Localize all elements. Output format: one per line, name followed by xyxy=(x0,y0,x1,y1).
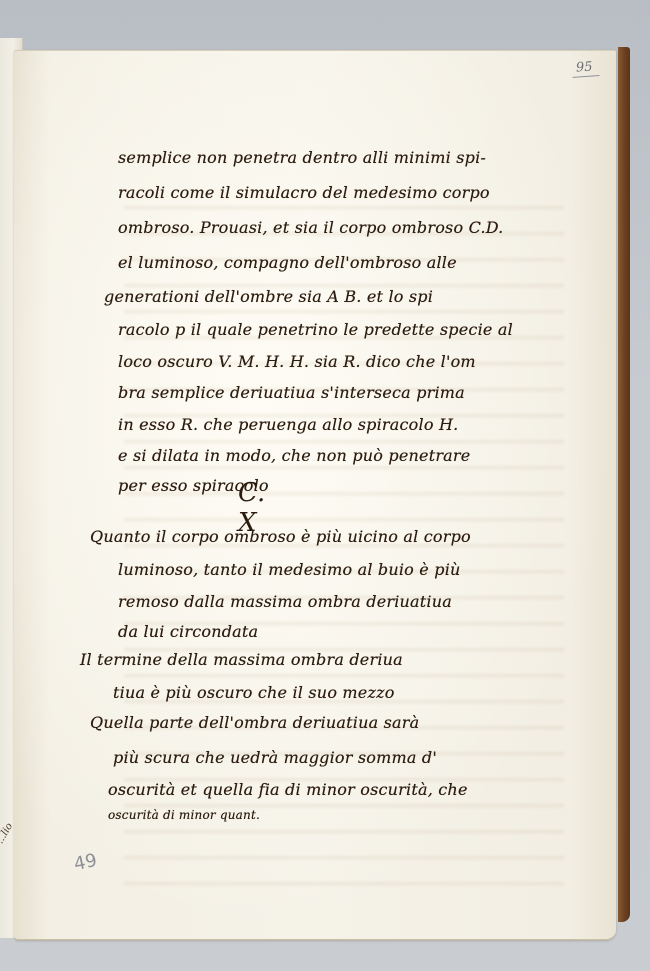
text-line: semplice non penetra dentro alli minimi … xyxy=(118,148,486,167)
text-line: Quella parte dell'ombra deriuatiua sarà xyxy=(90,713,419,732)
text-line: in esso R. che peruenga allo spiracolo H… xyxy=(118,415,458,434)
text-line: racolo p il quale penetrino le predette … xyxy=(118,320,513,339)
text-line: Quanto il corpo ombroso è più uicino al … xyxy=(90,527,471,546)
text-line: e si dilata in modo, che non può penetra… xyxy=(118,446,470,465)
text-line: ombroso. Prouasi, et sia il corpo ombros… xyxy=(118,218,503,237)
text-line: remoso dalla massima ombra deriuatiua xyxy=(118,592,452,611)
text-line: bra semplice deriuatiua s'interseca prim… xyxy=(118,383,465,402)
text-line: tiua è più oscuro che il suo mezzo xyxy=(113,683,395,702)
text-line: generationi dell'ombre sia A B. et lo sp… xyxy=(104,287,433,306)
text-line: luminoso, tanto il medesimo al buio è pi… xyxy=(118,560,461,579)
text-line: loco oscuro V. M. H. H. sia R. dico che … xyxy=(118,352,476,371)
text-line: da lui circondata xyxy=(118,622,258,641)
text-line: el luminoso, compagno dell'ombroso alle xyxy=(118,253,457,272)
facing-page-margin-note: ...lio xyxy=(0,821,15,846)
text-line: racoli come il simulacro del medesimo co… xyxy=(118,183,490,202)
text-line: Il termine della massima ombra deriua xyxy=(80,650,403,669)
text-line: oscurità et quella fia di minor oscurità… xyxy=(108,780,468,799)
leather-binding-edge xyxy=(618,47,630,922)
text-line: più scura che uedrà maggior somma d' xyxy=(113,748,437,767)
folio-number: 95 xyxy=(571,59,599,78)
text-line: oscurità di minor quant. xyxy=(108,808,260,822)
